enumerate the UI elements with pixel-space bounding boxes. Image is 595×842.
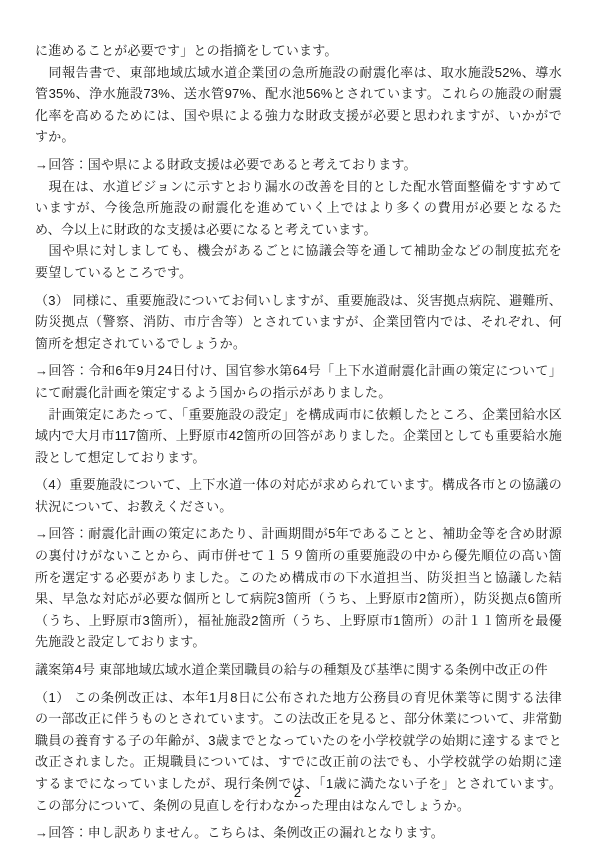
answer-question-4: →回答：耐震化計画の策定にあたり、計画期間が5年であることと、補助金等を含め財源…	[35, 523, 562, 653]
answer-financial-support-detail: 現在は、水道ビジョンに示すとおり漏水の改善を目的とした配水管面整備をすすめていま…	[35, 176, 562, 241]
answer-question-3-detail: 計画策定にあたって、「重要施設の設定」を構成両市に依頼したところ、企業団給水区域…	[35, 404, 562, 469]
answer-financial-support-request: 国や県に対しましても、機会があるごとに協議会等を通して補助金などの制度拡充を要望…	[35, 240, 562, 283]
page-number: 2	[0, 782, 595, 804]
answer-question-1-ordinance: →回答：申し訳ありません。こちらは、条例改正の漏れとなります。	[35, 822, 562, 842]
question-4: （4）重要施設について、上下水道一体の対応が求められています。構成各市との協議の…	[35, 474, 562, 517]
document-page: に進めることが必要です」との指摘をしています。 同報告書で、東部地域広域水道企業…	[0, 0, 595, 842]
answer-financial-support: →回答：国や県による財政支援は必要であると考えております。	[35, 154, 562, 176]
question-3: （3） 同様に、重要施設についてお伺いしますが、重要施設は、災害拠点病院、避難所…	[35, 290, 562, 355]
answer-question-3: →回答：令和6年9月24日付け、国官参水第64号「上下水道耐震化計画の策定につい…	[35, 360, 562, 403]
agenda-item-4-heading: 議案第4号 東部地域広域水道企業団職員の給与の種類及び基準に関する条例中改正の件	[35, 659, 562, 681]
paragraph-continuation: に進めることが必要です」との指摘をしています。	[35, 40, 562, 62]
document-text-body: に進めることが必要です」との指摘をしています。 同報告書で、東部地域広域水道企業…	[35, 40, 562, 842]
paragraph-seismic-rates: 同報告書で、東部地域広域水道企業団の急所施設の耐震化率は、取水施設52%、導水管…	[35, 62, 562, 148]
